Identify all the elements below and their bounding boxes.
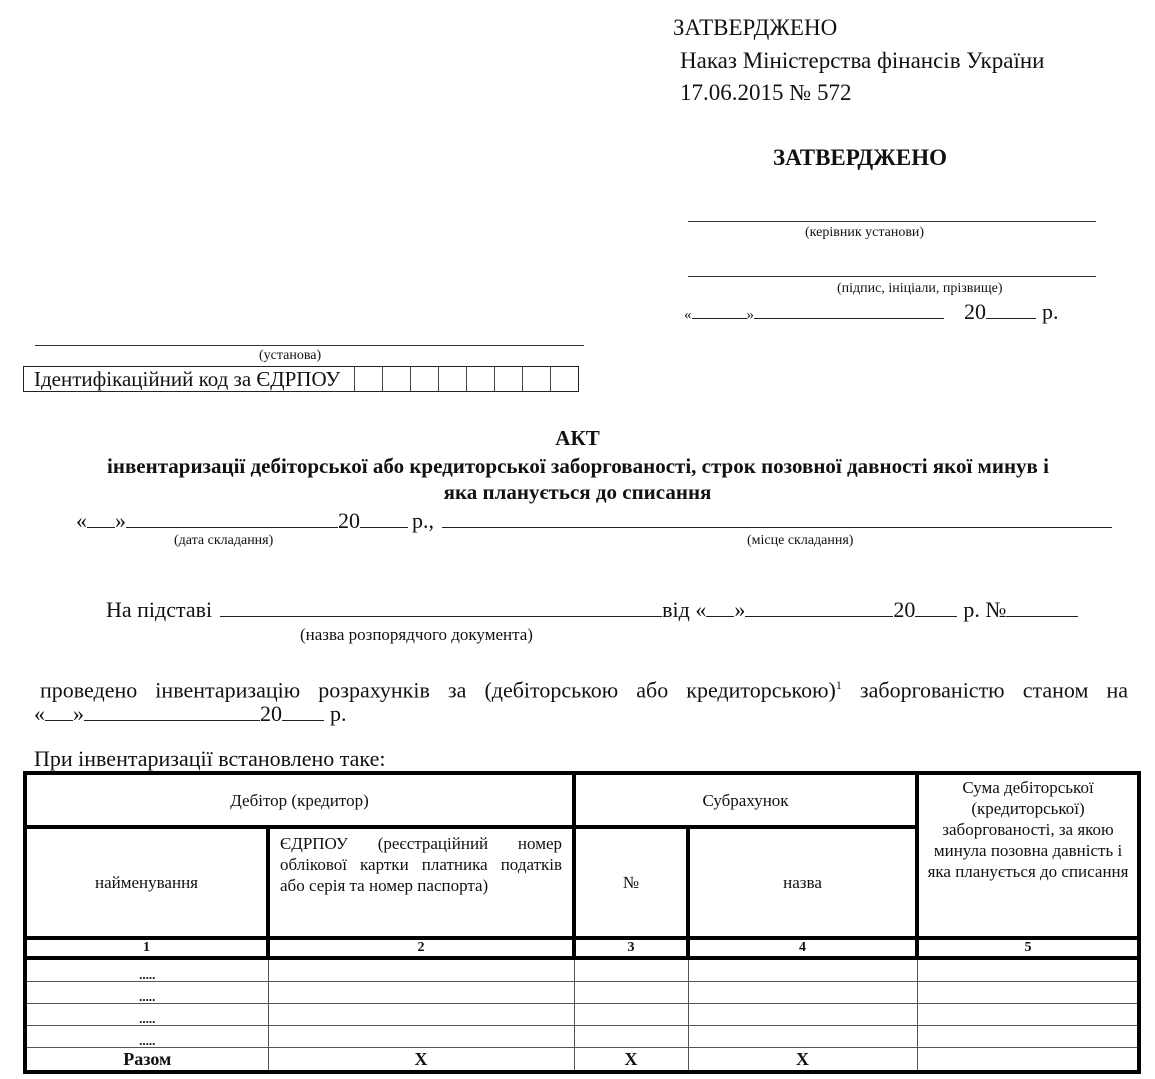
row-edrpou[interactable]	[268, 1004, 574, 1026]
header-name: найменування	[25, 827, 268, 938]
basis-close-quote: »	[734, 597, 745, 622]
inventory-paragraph-line1: проведено інвентаризацію розрахунків за …	[40, 673, 1128, 702]
total-edrpou-x: Х	[268, 1048, 574, 1073]
inventory-month-field[interactable]	[84, 702, 260, 721]
row-subaccount-name[interactable]	[688, 1026, 917, 1048]
row-name[interactable]: .....	[25, 1026, 268, 1048]
edrpou-cell-5[interactable]	[466, 367, 494, 391]
institution-line[interactable]	[35, 345, 584, 346]
approval-year-field[interactable]	[986, 300, 1036, 319]
basis-prefix: На підставі	[106, 597, 212, 622]
total-amount[interactable]	[917, 1048, 1139, 1073]
header-debtor-group: Дебітор (кредитор)	[25, 773, 574, 827]
header-subaccount-group: Субрахунок	[574, 773, 917, 827]
compilation-year-prefix: 20	[338, 508, 360, 533]
colnum-4: 4	[688, 938, 917, 958]
approval-year-prefix: 20	[964, 299, 986, 324]
row-number[interactable]	[574, 1026, 688, 1048]
total-row: Разом Х Х Х	[25, 1048, 1139, 1073]
row-amount[interactable]	[917, 958, 1139, 982]
basis-document-caption: (назва розпорядчого документа)	[300, 625, 533, 645]
row-edrpou[interactable]	[268, 982, 574, 1004]
inventory-year-field[interactable]	[282, 702, 324, 721]
approval-date-line: «»20р.	[684, 299, 1059, 328]
edrpou-cell-6[interactable]	[494, 367, 522, 391]
act-subtitle-line1: інвентаризації дебіторської або кредитор…	[36, 454, 1120, 478]
row-number[interactable]	[574, 1004, 688, 1026]
edrpou-cell-4[interactable]	[438, 367, 466, 391]
approval-order-line: Наказ Міністерства фінансів України	[680, 48, 1044, 74]
colnum-5: 5	[917, 938, 1139, 958]
approval-title: ЗАТВЕРДЖЕНО	[773, 145, 947, 171]
basis-number-field[interactable]	[1006, 598, 1078, 617]
signature-caption: (підпис, ініціали, прізвище)	[837, 281, 1003, 297]
row-amount[interactable]	[917, 1026, 1139, 1048]
row-name[interactable]: .....	[25, 958, 268, 982]
compilation-place-field[interactable]	[442, 509, 1112, 528]
edrpou-box: Ідентифікаційний код за ЄДРПОУ	[23, 366, 579, 392]
approval-day-field[interactable]	[692, 300, 747, 319]
edrpou-cell-3[interactable]	[410, 367, 438, 391]
inventory-date-line: «»20р.	[34, 701, 347, 726]
row-subaccount-name[interactable]	[688, 982, 917, 1004]
signature-line[interactable]	[688, 276, 1096, 277]
compilation-close-quote: »	[115, 508, 126, 533]
row-amount[interactable]	[917, 1004, 1139, 1026]
row-name[interactable]: .....	[25, 982, 268, 1004]
row-edrpou[interactable]	[268, 1026, 574, 1048]
approval-month-field[interactable]	[754, 300, 944, 319]
table-row: .....	[25, 1026, 1139, 1048]
act-title: АКТ	[0, 426, 1155, 450]
basis-number-label: р. №	[963, 597, 1006, 622]
compilation-place-caption: (місце складання)	[747, 533, 853, 549]
header-subaccount-name: назва	[688, 827, 917, 938]
basis-year-prefix: 20	[893, 597, 915, 622]
row-number[interactable]	[574, 982, 688, 1004]
institution-caption: (установа)	[259, 348, 321, 364]
row-number[interactable]	[574, 958, 688, 982]
approval-date-close-quote: »	[747, 307, 755, 323]
basis-line: На підставівід «»20р. №	[106, 597, 1078, 622]
inventory-text-before: проведено інвентаризацію розрахунків за …	[40, 677, 836, 702]
approval-year-suffix: р.	[1042, 299, 1059, 324]
total-label: Разом	[25, 1048, 268, 1073]
inventory-text-after: заборгованістю станом на	[842, 677, 1128, 702]
basis-document-field[interactable]	[220, 598, 662, 617]
colnum-2: 2	[268, 938, 574, 958]
table-row: .....	[25, 1004, 1139, 1026]
approval-date-open-quote: «	[684, 307, 692, 323]
basis-day-field[interactable]	[706, 598, 734, 617]
act-subtitle-line2: яка планується до списання	[0, 480, 1155, 504]
header-edrpou: ЄДРПОУ (реєстраційний номер облікової ка…	[268, 827, 574, 938]
compilation-month-field[interactable]	[126, 509, 338, 528]
compilation-line: «»20р.,	[76, 508, 1112, 533]
total-number-x: Х	[574, 1048, 688, 1073]
basis-month-field[interactable]	[745, 598, 893, 617]
compilation-year-suffix: р.,	[412, 508, 434, 533]
total-subaccount-x: Х	[688, 1048, 917, 1073]
compilation-date-caption: (дата складання)	[174, 533, 273, 549]
head-signature-line[interactable]	[688, 221, 1096, 222]
basis-from-label: від «	[662, 597, 706, 622]
inventory-open-quote: «	[34, 701, 45, 726]
row-name[interactable]: .....	[25, 1004, 268, 1026]
basis-year-field[interactable]	[915, 598, 957, 617]
table-row: .....	[25, 958, 1139, 982]
edrpou-label: Ідентифікаційний код за ЄДРПОУ	[24, 367, 354, 391]
colnum-3: 3	[574, 938, 688, 958]
edrpou-cell-1[interactable]	[354, 367, 382, 391]
debt-table: Дебітор (кредитор) Субрахунок Сума дебіт…	[23, 771, 1141, 1074]
approval-stamp-label: ЗАТВЕРДЖЕНО	[673, 15, 837, 41]
row-subaccount-name[interactable]	[688, 1004, 917, 1026]
edrpou-cell-7[interactable]	[522, 367, 550, 391]
compilation-open-quote: «	[76, 508, 87, 533]
colnum-1: 1	[25, 938, 268, 958]
findings-intro: При інвентаризації встановлено таке:	[34, 746, 385, 771]
compilation-day-field[interactable]	[87, 509, 115, 528]
approval-order-date-number: 17.06.2015 № 572	[680, 80, 851, 106]
inventory-close-quote: »	[73, 701, 84, 726]
edrpou-cell-8[interactable]	[550, 367, 578, 391]
header-amount: Сума дебіторської (кредиторської) заборг…	[917, 773, 1139, 938]
table-row: .....	[25, 982, 1139, 1004]
row-edrpou[interactable]	[268, 958, 574, 982]
row-amount[interactable]	[917, 982, 1139, 1004]
head-caption: (керівник установи)	[805, 225, 924, 241]
header-number: №	[574, 827, 688, 938]
inventory-year-suffix: р.	[330, 701, 347, 726]
edrpou-cell-2[interactable]	[382, 367, 410, 391]
compilation-year-field[interactable]	[360, 509, 408, 528]
inventory-year-prefix: 20	[260, 701, 282, 726]
inventory-day-field[interactable]	[45, 702, 73, 721]
row-subaccount-name[interactable]	[688, 958, 917, 982]
